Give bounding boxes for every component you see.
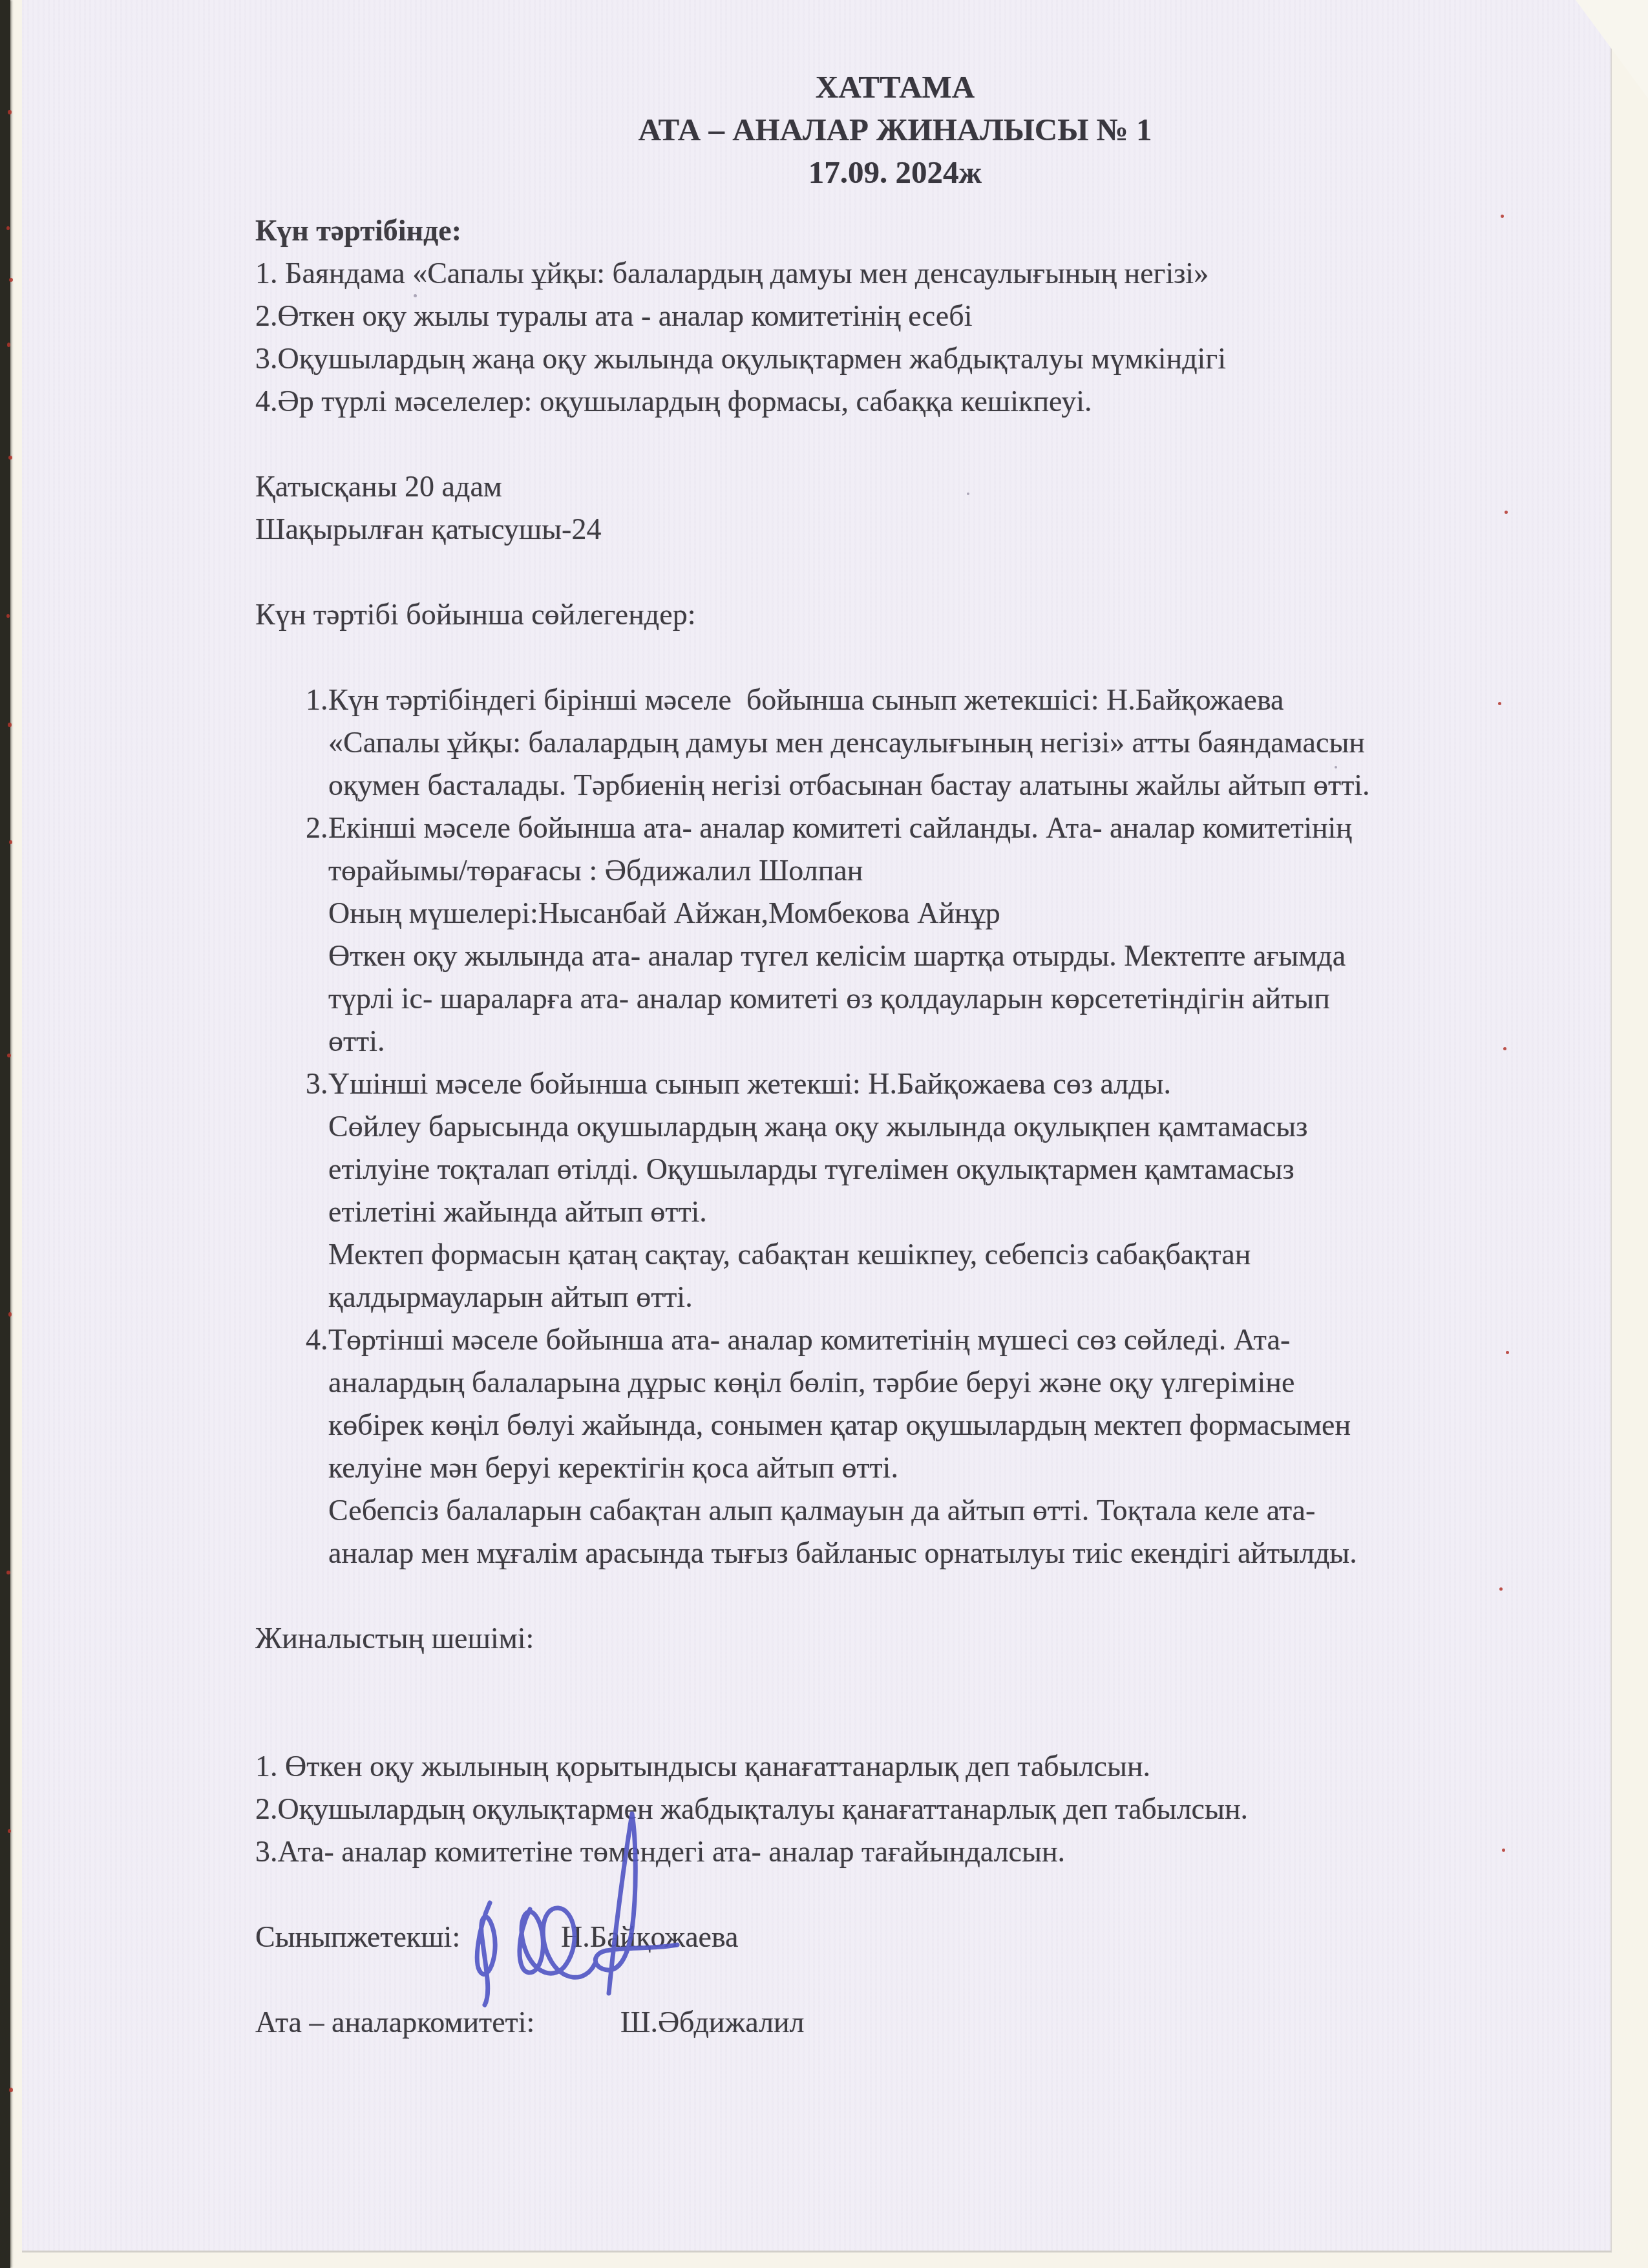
teacher-signature-label: Сыныпжетекші:	[255, 1920, 460, 1953]
speaker-text-line: Себепсіз балаларын сабақтан алып қалмауы…	[328, 1489, 1535, 1532]
speaker-text-line: Күн тәртібіндегі бірінші мәселе бойынша …	[328, 679, 1535, 721]
scan-speck	[8, 723, 12, 727]
speaker-text-line: Төртінші мәселе бойынша ата- аналар коми…	[328, 1319, 1535, 1361]
speaker-item-2: 2. Екінші мәселе бойынша ата- аналар ком…	[255, 807, 1535, 1063]
speaker-text-line: көбірек көңіл бөлуі жайында, сонымен қат…	[328, 1404, 1535, 1447]
speaker-text-line: «Сапалы ұйқы: балалардың дамуы мен денса…	[328, 721, 1535, 764]
scan-speck	[8, 110, 12, 114]
speaker-text-line: етілуіне тоқталап өтілді. Оқушыларды түг…	[328, 1148, 1535, 1191]
attendance-invited: Шақырылған қатысушы-24	[255, 508, 1535, 551]
speaker-item-1: 1. Күн тәртібіндегі бірінші мәселе бойын…	[255, 679, 1535, 807]
agenda-item: 2.Өткен оқу жылы туралы ата - аналар ком…	[255, 295, 1535, 337]
speaker-item-4: 4. Төртінші мәселе бойынша ата- аналар к…	[255, 1319, 1535, 1574]
committee-signature-label: Ата – аналаркомитеті:	[255, 2006, 534, 2039]
speaker-text-line: Үшінші мәселе бойынша сынып жетекші: Н.Б…	[328, 1063, 1535, 1105]
speaker-item-3: 3. Үшінші мәселе бойынша сынып жетекші: …	[255, 1063, 1535, 1319]
agenda-item: 3.Оқушылардың жаңа оқу жылында оқулықтар…	[255, 337, 1535, 380]
teacher-signature-row: Сыныпжетекші: Н.Байқожаева	[255, 1916, 1535, 1958]
speaker-item-number: 3.	[306, 1063, 328, 1105]
speaker-text-line: оқумен басталады. Тәрбиенің негізі отбас…	[328, 764, 1535, 807]
speaker-text-line: аналар мен мұғалім арасында тығыз байлан…	[328, 1532, 1535, 1574]
scan-speck	[6, 226, 10, 230]
committee-signature-row: Ата – аналаркомитеті: Ш.Әбдижалил	[255, 2001, 1535, 2044]
scanned-document-page: { "page": { "title_line1": "ХАТТАМА", "t…	[0, 0, 1648, 2268]
scan-speck	[7, 1054, 11, 1057]
scan-speck	[6, 614, 10, 618]
speaker-text-line: төрайымы/төрағасы : Әбдижалил Шолпан	[328, 849, 1535, 892]
handwritten-signature	[439, 1799, 717, 2013]
decisions-heading: Жиналыстың шешімі:	[255, 1617, 1535, 1660]
scan-speck	[9, 278, 13, 282]
document-content: ХАТТАМА АТА – АНАЛАР ЖИНАЛЫСЫ № 1 17.09.…	[255, 0, 1535, 2044]
agenda-item: 1. Баяндама «Сапалы ұйқы: балалардың дам…	[255, 252, 1535, 295]
agenda-item: 4.Әр түрлі мәселелер: оқушылардың формас…	[255, 380, 1535, 423]
speaker-item-number: 4.	[306, 1319, 328, 1361]
title-meeting: АТА – АНАЛАР ЖИНАЛЫСЫ № 1	[255, 109, 1535, 151]
speaker-text-line: Екінші мәселе бойынша ата- аналар комите…	[328, 807, 1535, 849]
title-date: 17.09. 2024ж	[255, 151, 1535, 194]
speakers-heading: Күн тәртібі бойынша сөйлегендер:	[255, 593, 1535, 636]
scan-speck	[8, 456, 12, 460]
speaker-text-line: түрлі іс- шараларға ата- аналар комитеті…	[328, 977, 1535, 1020]
committee-name: Ш.Әбдижалил	[620, 2001, 805, 2044]
title-protocol: ХАТТАМА	[255, 66, 1535, 109]
scan-speck	[8, 1829, 11, 1833]
speaker-text-line: келуіне мән беруі керектігін қоса айтып …	[328, 1447, 1535, 1489]
agenda-list: 1. Баяндама «Сапалы ұйқы: балалардың дам…	[255, 252, 1535, 423]
speaker-text-line: аналардың балаларына дұрыс көңіл бөліп, …	[328, 1361, 1535, 1404]
speaker-text-line: етілетіні жайында айтып өтті.	[328, 1191, 1535, 1233]
agenda-heading: Күн тәртібінде:	[255, 209, 1535, 252]
scan-speck	[9, 2088, 13, 2092]
attendance-block: Қатысқаны 20 адам Шақырылған қатысушы-24	[255, 465, 1535, 551]
speaker-text-line: қалдырмауларын айтып өтті.	[328, 1276, 1535, 1319]
document-title-block: ХАТТАМА АТА – АНАЛАР ЖИНАЛЫСЫ № 1 17.09.…	[255, 66, 1535, 194]
attendance-present: Қатысқаны 20 адам	[255, 465, 1535, 508]
scan-speck	[9, 840, 12, 844]
scan-speck	[6, 1571, 10, 1574]
speaker-text-line: Мектеп формасын қатаң сақтау, сабақтан к…	[328, 1233, 1535, 1276]
speaker-text-line: өтті.	[328, 1020, 1535, 1063]
speaker-item-number: 2.	[306, 807, 328, 849]
decision-item: 1. Өткен оқу жылының қорытындысы қанағат…	[255, 1745, 1535, 1788]
speaker-text-line: Оның мүшелері:Нысанбай Айжан,Момбекова А…	[328, 892, 1535, 935]
scan-speck	[8, 1312, 12, 1317]
speaker-item-number: 1.	[306, 679, 328, 721]
speakers-list: 1. Күн тәртібіндегі бірінші мәселе бойын…	[255, 679, 1535, 1574]
scan-speck	[7, 343, 10, 347]
speaker-text-line: Өткен оқу жылында ата- аналар түгел келі…	[328, 935, 1535, 977]
speaker-text-line: Сөйлеу барысында оқушылардың жаңа оқу жы…	[328, 1105, 1535, 1148]
scanner-edge-strip	[0, 0, 10, 2268]
